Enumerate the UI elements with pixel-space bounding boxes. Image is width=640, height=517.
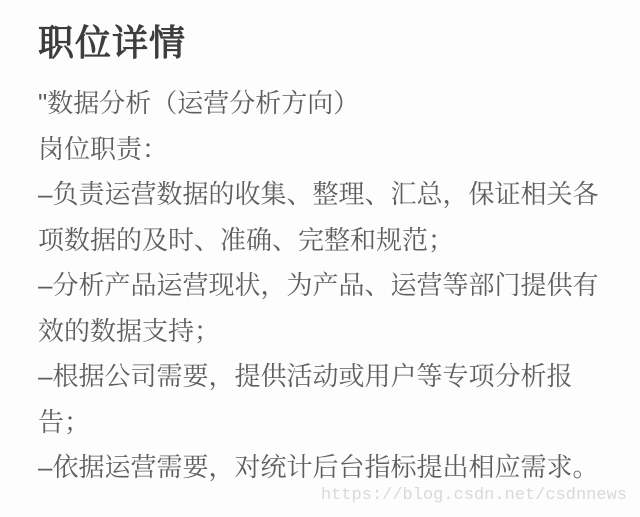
job-description-line: 岗位职责： [38, 127, 602, 173]
job-description-line: "数据分析（运营分析方向） [38, 81, 602, 127]
job-description: "数据分析（运营分析方向）岗位职责：–负责运营数据的收集、整理、汇总，保证相关各… [38, 81, 602, 491]
page-title: 职位详情 [38, 22, 602, 64]
job-description-line: –依据运营需要，对统计后台指标提出相应需求。 [38, 445, 602, 491]
job-description-line: 效的数据支持； [38, 309, 602, 355]
job-description-line: –根据公司需要，提供活动或用户等专项分析报 [38, 354, 602, 400]
job-description-line: –分析产品运营现状，为产品、运营等部门提供有 [38, 263, 602, 309]
watermark-url: https://blog.csdn.net/csdnnews [321, 486, 627, 506]
job-description-line: 告； [38, 400, 602, 446]
job-description-line: –负责运营数据的收集、整理、汇总，保证相关各 [38, 172, 602, 218]
job-detail-page: 职位详情 "数据分析（运营分析方向）岗位职责：–负责运营数据的收集、整理、汇总，… [0, 0, 640, 517]
job-description-line: 项数据的及时、准确、完整和规范； [38, 218, 602, 264]
